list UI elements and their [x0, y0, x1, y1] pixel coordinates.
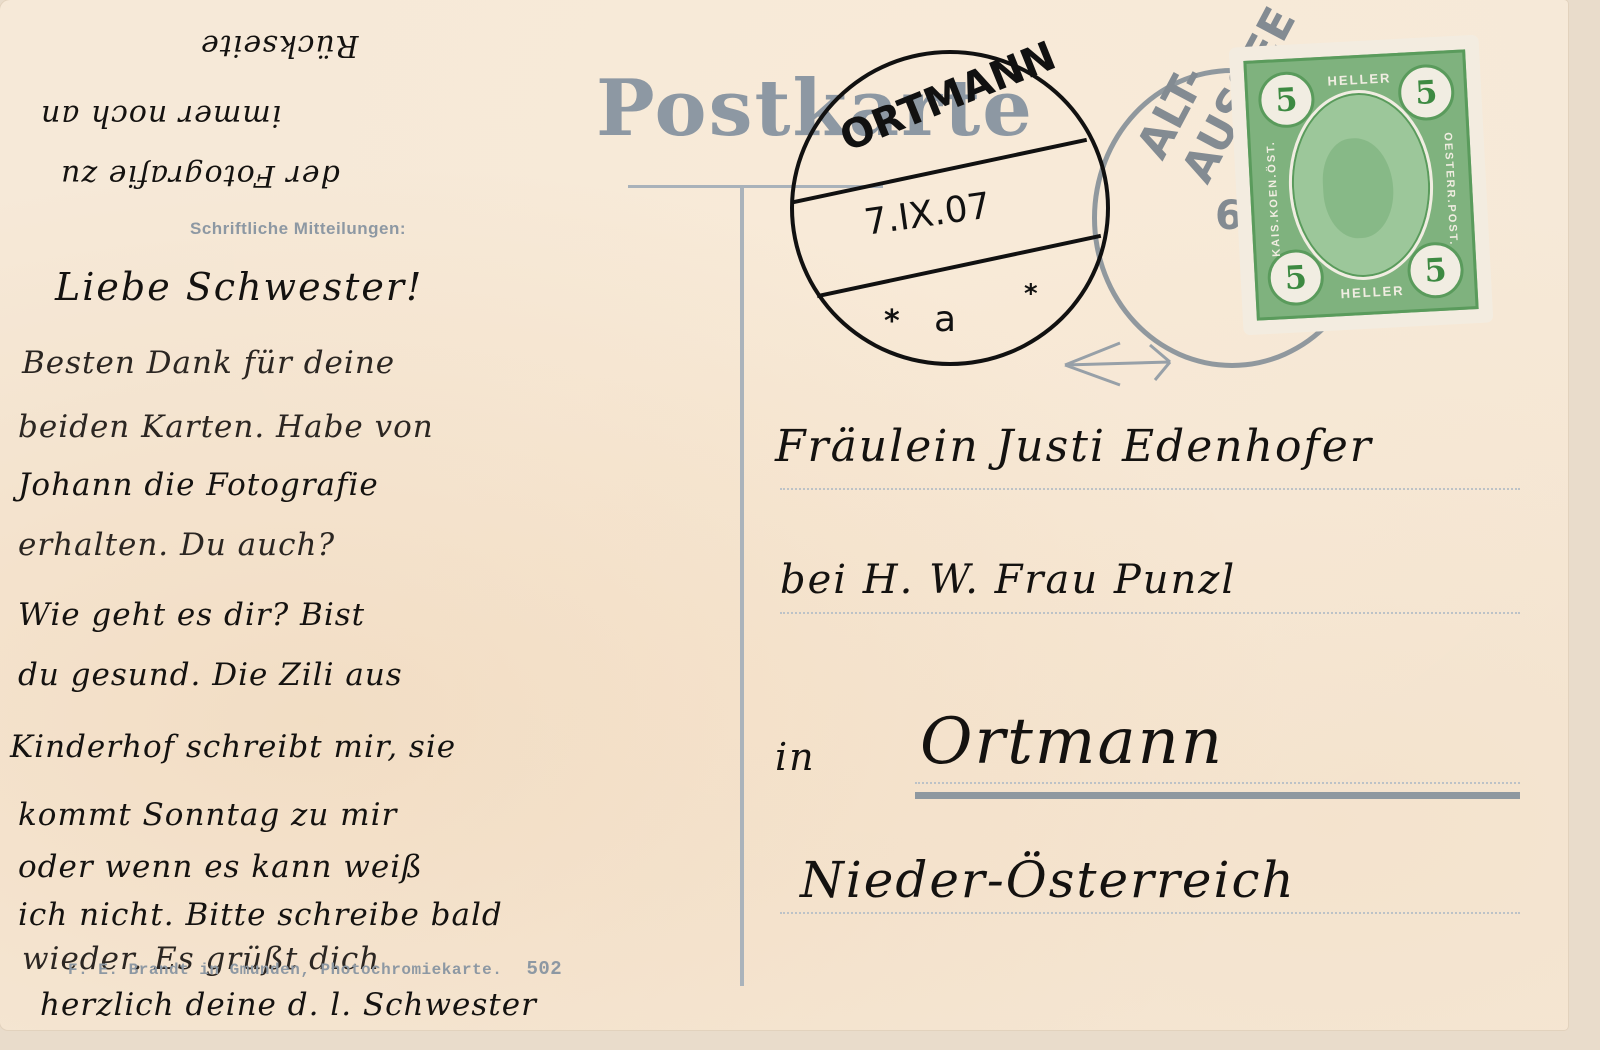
- stamp-currency-bottom: HELLER: [1340, 283, 1405, 301]
- message-line: beiden Karten. Habe von: [18, 412, 434, 443]
- postmark-letter: a: [934, 299, 956, 340]
- center-divider: [740, 188, 744, 986]
- message-line: erhalten. Du auch?: [18, 530, 335, 561]
- postage-stamp: 5 5 5 5 HELLER HELLER KAIS.KOEN.ÖST. OES…: [1233, 39, 1489, 331]
- stamp-left-text: KAIS.KOEN.ÖST.: [1265, 140, 1283, 257]
- stamp-right-text: OESTERR.POST.: [1441, 132, 1459, 247]
- postcard: Postkarte Schriftliche Mitteilungen: Rüc…: [0, 0, 1568, 1030]
- message-line: herzlich deine d. l. Schwester: [40, 990, 537, 1021]
- postmark-date: 7.IX.07: [862, 185, 993, 243]
- address-region: Nieder-Österreich: [800, 855, 1296, 905]
- message-line: Besten Dank für deine: [22, 348, 395, 379]
- address-in-prefix: in: [775, 738, 816, 776]
- postmark-town: ORTMANN: [834, 33, 1063, 161]
- stamp-value: 5: [1406, 241, 1465, 300]
- printer-number: 502: [526, 958, 562, 980]
- address-rule-4: [780, 912, 1520, 914]
- message-line: Johann die Fotografie: [18, 470, 379, 501]
- message-line: Kinderhof schreibt mir, sie: [10, 732, 456, 763]
- upside-down-line-3: der Fotografie zu: [60, 160, 340, 190]
- ortmann-postmark: ORTMANN 7.IX.07 * a *: [790, 50, 1110, 366]
- address-rule-3: [915, 782, 1520, 784]
- message-line: Wie geht es dir? Bist: [18, 600, 365, 631]
- upside-down-line-2: immer noch an: [40, 100, 281, 130]
- address-rule-3-thick: [915, 792, 1520, 799]
- printer-line: F. E. Brandt in Gmunden, Photochromiekar…: [68, 961, 502, 979]
- postmark-star: *: [884, 304, 900, 339]
- address-rule-2: [780, 612, 1520, 614]
- address-recipient: Fräulein Justi Edenhofer: [775, 425, 1373, 469]
- postmark-star: *: [1024, 279, 1038, 309]
- message-line: oder wenn es kann weiß: [18, 852, 423, 883]
- address-town: Ortmann: [920, 710, 1224, 774]
- message-greeting: Liebe Schwester!: [55, 268, 423, 306]
- message-line: du gesund. Die Zili aus: [18, 660, 403, 691]
- address-care-of: bei H. W. Frau Punzl: [780, 560, 1236, 600]
- printer-imprint: F. E. Brandt in Gmunden, Photochromiekar…: [68, 958, 562, 980]
- message-line: ich nicht. Bitte schreibe bald: [18, 900, 503, 931]
- stamp-currency-top: HELLER: [1327, 70, 1392, 88]
- address-rule-1: [780, 488, 1520, 490]
- message-heading: Schriftliche Mitteilungen:: [190, 219, 406, 239]
- pencil-arrow-mark-icon: [1060, 340, 1180, 390]
- upside-down-line-1: Rückseite: [200, 30, 358, 60]
- message-line: kommt Sonntag zu mir: [18, 800, 397, 831]
